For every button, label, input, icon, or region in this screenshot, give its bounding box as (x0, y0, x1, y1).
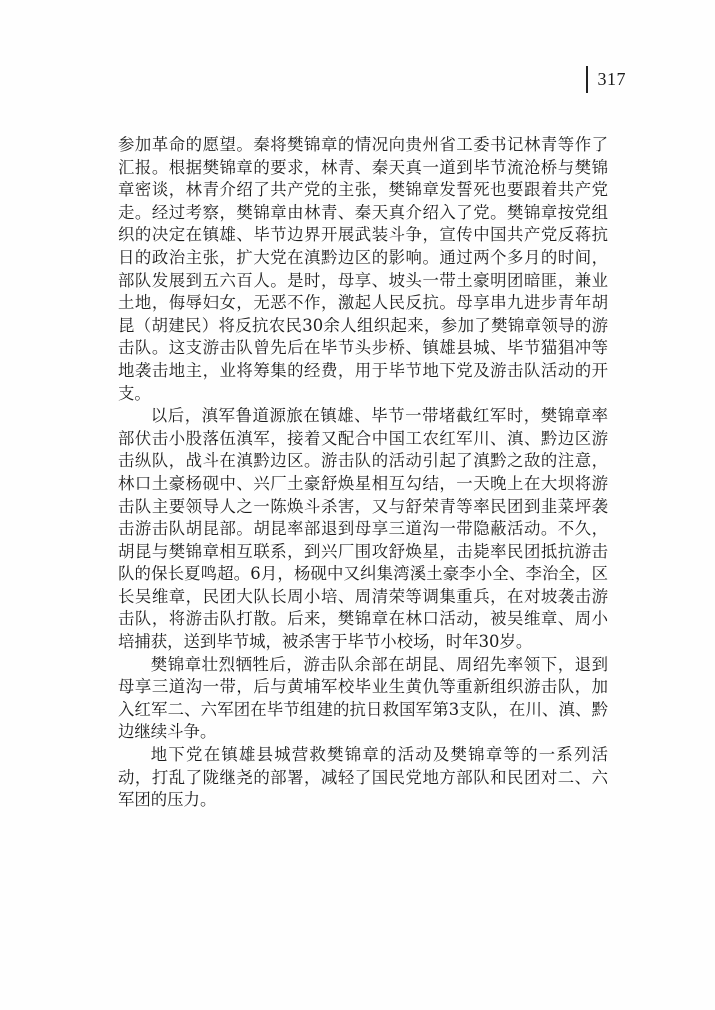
page-header: 317 (586, 66, 626, 93)
body-text: 参加革命的愿望。秦将樊锦章的情况向贵州省工委书记林青等作了汇报。根据樊锦章的要求… (118, 134, 608, 812)
page-number: 317 (598, 69, 627, 90)
paragraph-2: 以后，滇军鲁道源旅在镇雄、毕节一带堵截红军时，樊锦章率部伏击小股落伍滇军，接着又… (118, 405, 608, 654)
paragraph-3: 樊锦章壮烈牺牲后，游击队余部在胡昆、周绍先率领下，退到母享三道沟一带，后与黄埔军… (118, 654, 608, 744)
paragraph-4: 地下党在镇雄县城营救樊锦章的活动及樊锦章等的一系列活动，打乱了陇继尧的部署，减轻… (118, 744, 608, 812)
header-rule-divider (586, 66, 588, 93)
paragraph-1: 参加革命的愿望。秦将樊锦章的情况向贵州省工委书记林青等作了汇报。根据樊锦章的要求… (118, 134, 608, 405)
